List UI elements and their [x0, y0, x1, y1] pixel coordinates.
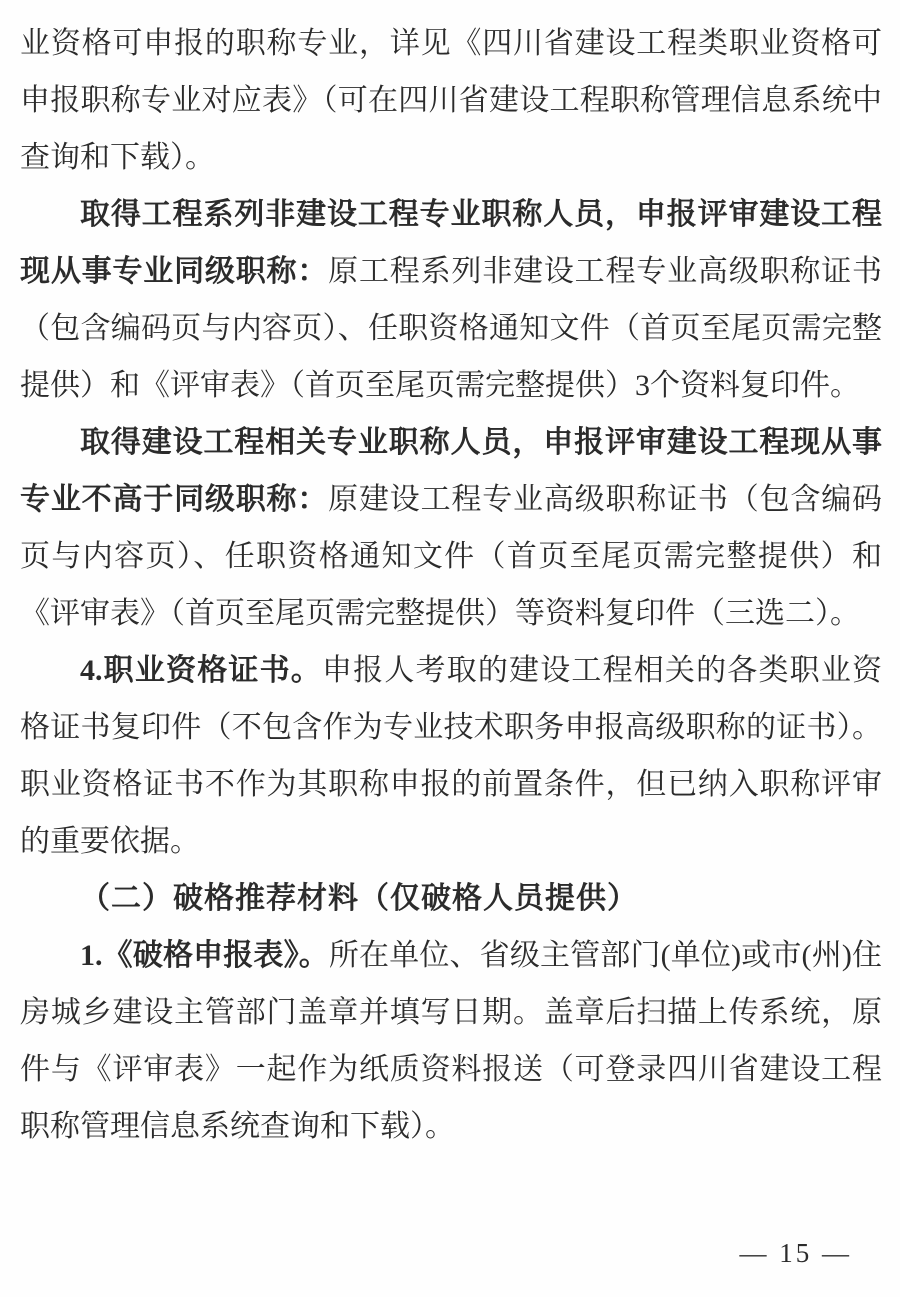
emphasis-text: （二）破格推荐材料（仅破格人员提供）: [80, 882, 638, 915]
para-exceptional-application-form: 1.《破格申报表》。所在单位、省级主管部门(单位)或市(州)住房城乡建设主管部门…: [20, 927, 882, 1155]
document-page: 业资格可申报的职称专业，详见《四川省建设工程类职业资格可申报职称专业对应表》（可…: [0, 0, 900, 1297]
heading-exceptional-recommendation-materials: （二）破格推荐材料（仅破格人员提供）: [20, 870, 882, 927]
para-construction-related-major: 取得建设工程相关专业职称人员，申报评审建设工程现从事专业不高于同级职称：原建设工…: [20, 414, 882, 642]
para-engineering-series-non-construction: 取得工程系列非建设工程专业职称人员，申报评审建设工程现从事专业同级职称：原工程系…: [20, 186, 882, 414]
para-intro-continuation: 业资格可申报的职称专业，详见《四川省建设工程类职业资格可申报职称专业对应表》（可…: [20, 15, 882, 186]
emphasis-text: 1.《破格申报表》。: [80, 939, 329, 972]
para-vocational-qualification-certificate: 4.职业资格证书。申报人考取的建设工程相关的各类职业资格证书复印件（不包含作为专…: [20, 642, 882, 870]
body-text: 业资格可申报的职称专业，详见《四川省建设工程类职业资格可申报职称专业对应表》（可…: [20, 27, 882, 174]
emphasis-text: 4.职业资格证书。: [80, 654, 322, 687]
document-body: 业资格可申报的职称专业，详见《四川省建设工程类职业资格可申报职称专业对应表》（可…: [20, 15, 882, 1155]
page-number: — 15 —: [740, 1238, 853, 1269]
